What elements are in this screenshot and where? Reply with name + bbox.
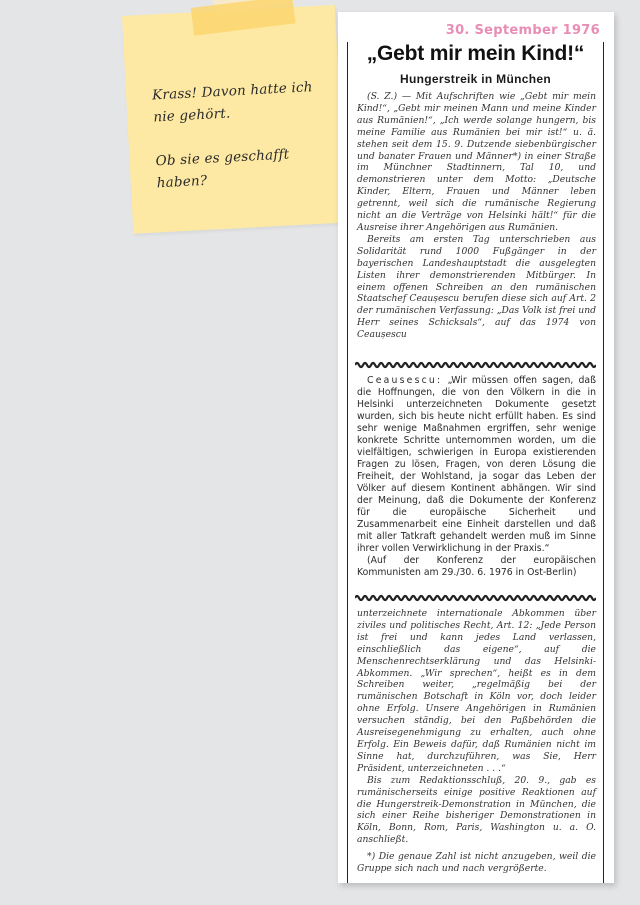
article-frame: „Gebt mir mein Kind!“ Hungerstreik in Mü…	[347, 42, 604, 883]
article-paragraph: Bereits am ersten Tag unterschrieben aus…	[357, 234, 596, 341]
wavy-divider	[355, 361, 596, 369]
note-comment: Krass! Davon hatte ich nie gehört.	[152, 75, 334, 128]
article-headline: „Gebt mir mein Kind!“	[348, 42, 603, 66]
article-section-1: (S. Z.) — Mit Aufschriften wie „Gebt mir…	[357, 91, 596, 341]
quote-body: „Wir müssen offen sagen, daß die Hoffnun…	[357, 375, 596, 554]
article-section-2: unterzeichnete internationale Abkommen ü…	[357, 608, 596, 875]
wavy-line-icon	[355, 594, 596, 602]
article-subheadline: Hungerstreik in München	[348, 72, 603, 86]
article-footnote: *) Die genaue Zahl ist nicht anzugeben, …	[357, 851, 596, 875]
wavy-divider	[355, 594, 596, 602]
article-paragraph: unterzeichnete internationale Abkommen ü…	[357, 608, 596, 775]
clipping-date: 30. September 1976	[446, 23, 600, 38]
adhesive-tape	[191, 0, 296, 36]
wavy-line-icon	[355, 361, 596, 369]
quote-source: (Auf der Konferenz der europäischen Komm…	[357, 555, 596, 579]
quote-speaker: Ceausescu:	[367, 375, 442, 386]
article-paragraph: Bis zum Redaktionsschluß, 20. 9., gab es…	[357, 775, 596, 846]
quote-text: Ceausescu: „Wir müssen offen sagen, daß …	[357, 375, 596, 555]
quote-box: Ceausescu: „Wir müssen offen sagen, daß …	[357, 375, 596, 579]
sticky-note-text: Krass! Davon hatte ich nie gehört. Ob si…	[152, 75, 339, 216]
sticky-note: Krass! Davon hatte ich nie gehört. Ob si…	[122, 5, 346, 234]
note-question: Ob sie es geschafft haben?	[155, 141, 337, 194]
article-paragraph: (S. Z.) — Mit Aufschriften wie „Gebt mir…	[357, 91, 596, 234]
newspaper-clipping: 30. September 1976 „Gebt mir mein Kind!“…	[338, 12, 614, 883]
